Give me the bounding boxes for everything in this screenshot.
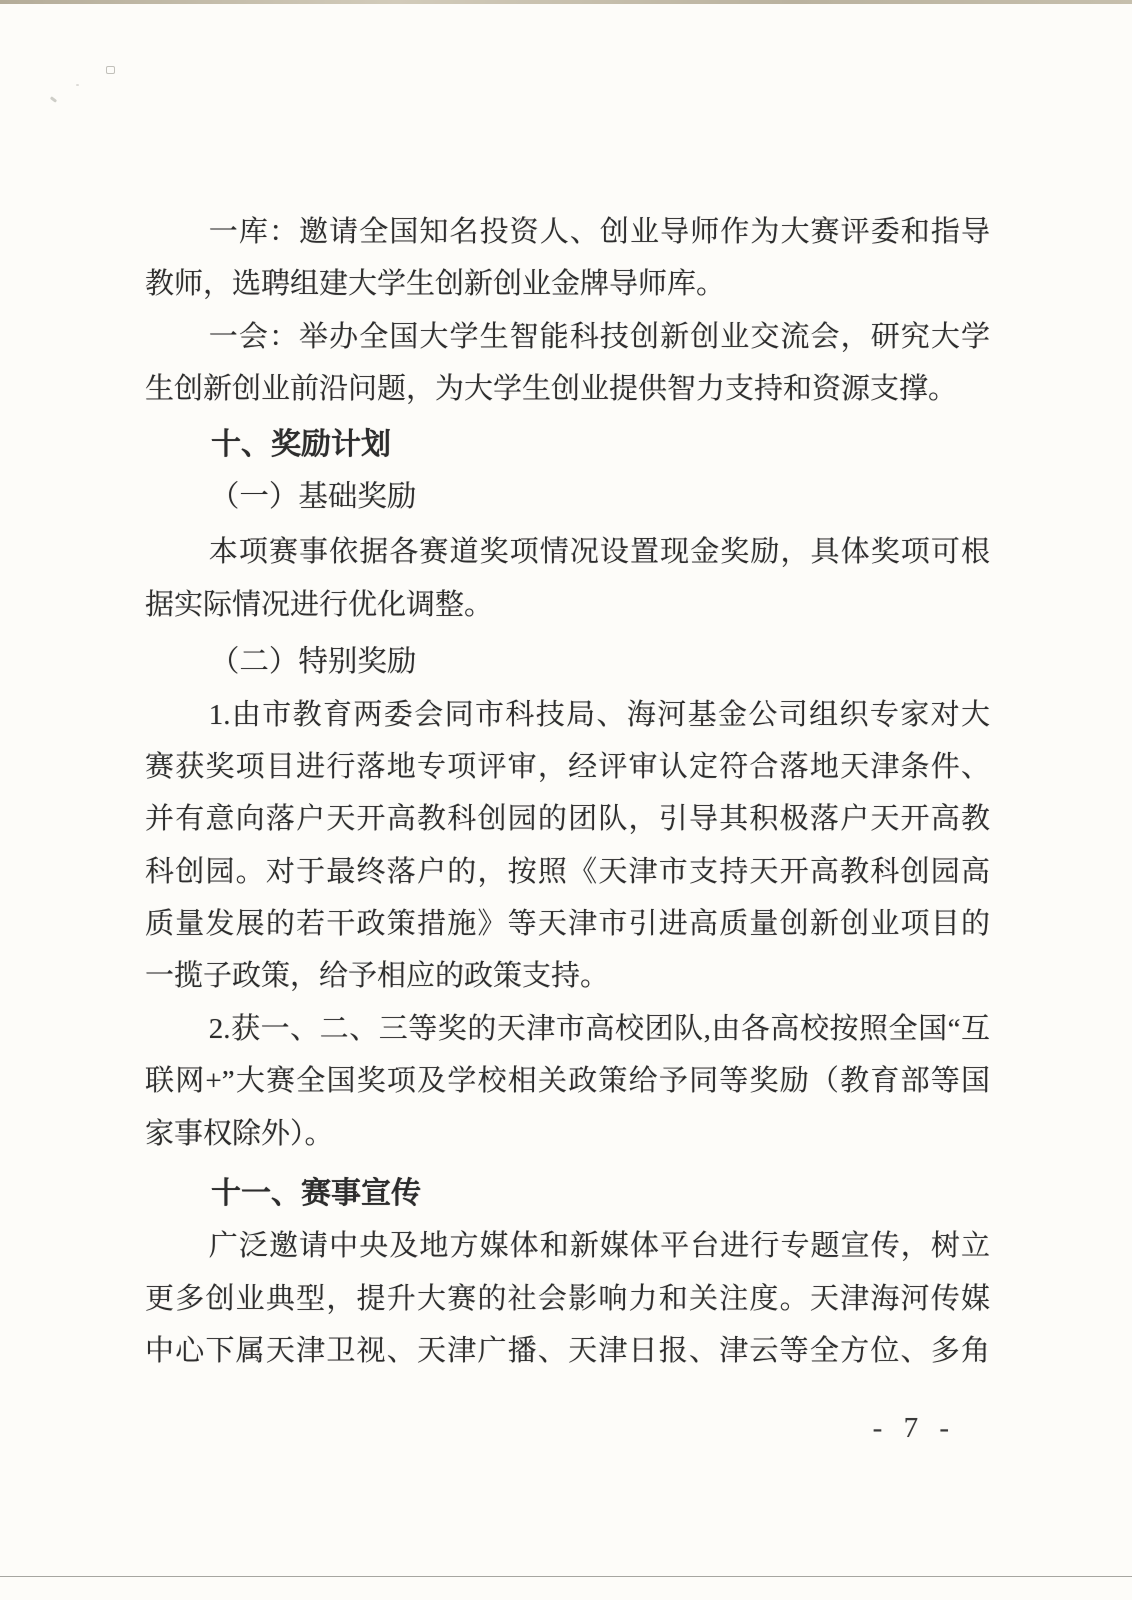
scan-bottom-line xyxy=(0,1576,1132,1577)
paragraph-line: 1.由市教育两委会同市科技局、海河基金公司组织专家对大 xyxy=(145,689,990,741)
paragraph-line: 教师，选聘组建大学生创新创业金牌导师库。 xyxy=(145,258,990,310)
paragraph-line: 更多创业典型，提升大赛的社会影响力和关注度。天津海河传媒 xyxy=(145,1273,990,1325)
paragraph-line: 家事权除外）。 xyxy=(145,1108,990,1160)
paragraph-line: 一库：邀请全国知名投资人、创业导师作为大赛评委和指导 xyxy=(145,206,990,258)
paragraph-line: 联网+”大赛全国奖项及学校相关政策给予同等奖励（教育部等国 xyxy=(145,1055,990,1107)
paragraph-line: 质量发展的若干政策措施》等天津市引进高质量创新创业项目的 xyxy=(145,898,990,950)
scan-artifact xyxy=(76,84,79,86)
document-body: 一库：邀请全国知名投资人、创业导师作为大赛评委和指导 教师，选聘组建大学生创新创… xyxy=(145,206,990,1378)
paragraph-line: 并有意向落户天开高教科创园的团队，引导其积极落户天开高教 xyxy=(145,793,990,845)
scan-edge-strip xyxy=(0,0,1132,4)
scan-artifact xyxy=(50,96,57,103)
document-page: 一库：邀请全国知名投资人、创业导师作为大赛评委和指导 教师，选聘组建大学生创新创… xyxy=(0,0,1132,1600)
heading-award-plan: 十、奖励计划 xyxy=(145,419,990,471)
paragraph-line: 广泛邀请中央及地方媒体和新媒体平台进行专题宣传，树立 xyxy=(145,1220,990,1272)
paragraph-line: 中心下属天津卫视、天津广播、天津日报、津云等全方位、多角 xyxy=(145,1325,990,1377)
paragraph-line: 据实际情况进行优化调整。 xyxy=(145,579,990,631)
subheading-special-award: （二）特别奖励 xyxy=(145,636,990,688)
paragraph-line: 科创园。对于最终落户的，按照《天津市支持天开高教科创园高 xyxy=(145,846,990,898)
paragraph-line: 赛获奖项目进行落地专项评审，经评审认定符合落地天津条件、 xyxy=(145,741,990,793)
paragraph-line: 一揽子政策，给予相应的政策支持。 xyxy=(145,950,990,1002)
paragraph-line: 本项赛事依据各赛道奖项情况设置现金奖励，具体奖项可根 xyxy=(145,526,990,578)
heading-event-publicity: 十一、赛事宣传 xyxy=(145,1168,990,1220)
page-number: - 7 - xyxy=(873,1412,956,1445)
paragraph-line: 生创新创业前沿问题，为大学生创业提供智力支持和资源支撑。 xyxy=(145,363,990,415)
paragraph-line: 2.获一、二、三等奖的天津市高校团队,由各高校按照全国“互 xyxy=(145,1003,990,1055)
scan-artifact xyxy=(106,66,115,74)
paragraph-line: 一会：举办全国大学生智能科技创新创业交流会，研究大学 xyxy=(145,311,990,363)
subheading-basic-award: （一）基础奖励 xyxy=(145,471,990,523)
